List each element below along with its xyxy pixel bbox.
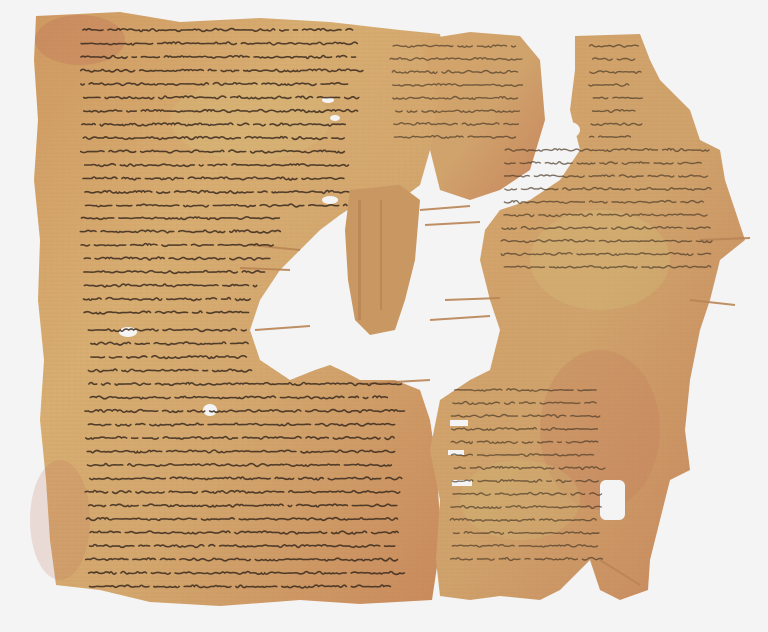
papyrus-fragment: [0, 0, 768, 632]
central-strip: [345, 185, 420, 335]
upper-middle-fragment: [420, 32, 545, 200]
papyrus-photo: Ancient papyrus manuscript fragment with…: [0, 0, 768, 632]
